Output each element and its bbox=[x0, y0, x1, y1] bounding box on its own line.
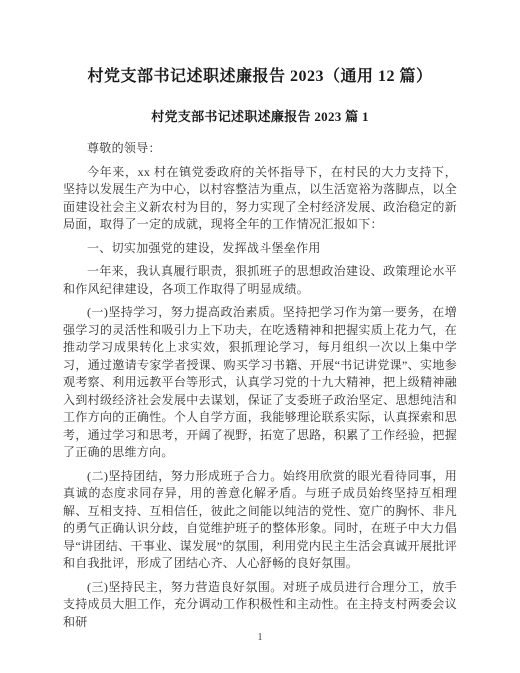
paragraph: 一年来，我认真履行职责，狠抓班子的思想政治建设、政策理论水平和作风纪律建设，各项… bbox=[63, 263, 457, 298]
paragraph: (一)坚持学习，努力提高政治素质。坚持把学习作为第一要务，在增强学习的灵活性和吸… bbox=[63, 304, 457, 462]
paragraph: (三)坚持民主，努力营造良好氛围。对班子成员进行合理分工，放手支持成员大胆工作，… bbox=[63, 579, 457, 632]
document-body: 尊敬的领导： 今年来，xx 村在镇党委政府的关怀指导下，在村民的大力支持下，坚持… bbox=[63, 140, 457, 631]
salutation: 尊敬的领导： bbox=[63, 140, 457, 158]
page-title: 村党支部书记述职述廉报告 2023（通用 12 篇） bbox=[63, 66, 457, 88]
section-heading: 一、切实加强党的建设，发挥战斗堡垒作用 bbox=[63, 240, 457, 258]
document-page: 村党支部书记述职述廉报告 2023（通用 12 篇） 村党支部书记述职述廉报告 … bbox=[0, 0, 520, 673]
paragraph: 今年来，xx 村在镇党委政府的关怀指导下，在村民的大力支持下，坚持以发展生产为中… bbox=[63, 164, 457, 234]
document-content: 村党支部书记述职述廉报告 2023（通用 12 篇） 村党支部书记述职述廉报告 … bbox=[0, 0, 520, 631]
paragraph: (二)坚持团结，努力形成班子合力。始终用欣赏的眼光看待同事，用真诚的态度求同存异… bbox=[63, 468, 457, 573]
page-number: 1 bbox=[0, 632, 520, 643]
page-subtitle: 村党支部书记述职述廉报告 2023 篇 1 bbox=[63, 108, 457, 126]
